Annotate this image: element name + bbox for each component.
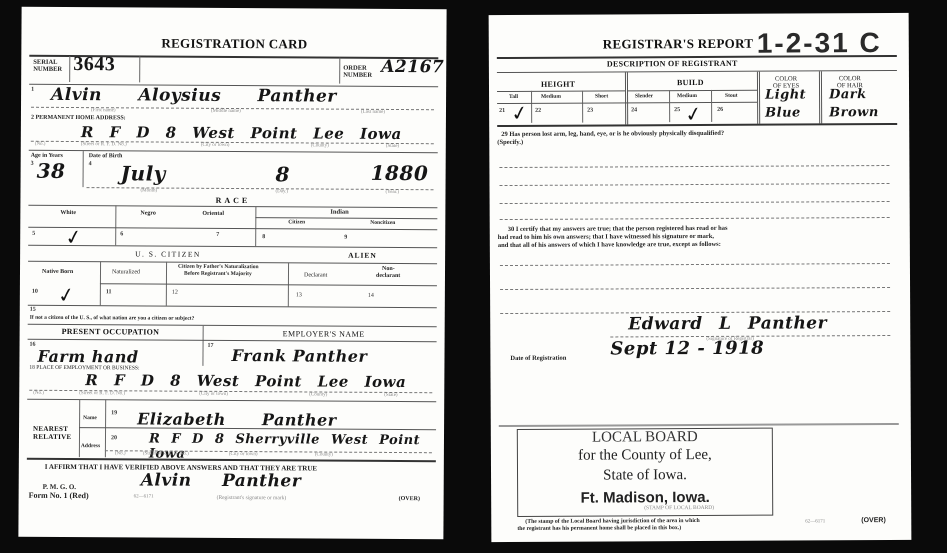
nearest-relative-heading: NEAREST RELATIVE <box>33 425 72 441</box>
sublabel: (Month) <box>140 188 157 193</box>
divider <box>28 245 437 248</box>
sublabel: (City or town) <box>229 452 258 457</box>
declarant-label: Declarant <box>304 272 327 278</box>
sublabel: (Street or R. F. D. No.) <box>81 142 127 147</box>
dob-month: July <box>121 161 166 185</box>
field-number: 11 <box>106 289 112 295</box>
stamp-text: for the County of Lee, <box>518 447 772 465</box>
field-number: 19 <box>111 410 117 416</box>
divider <box>69 56 70 82</box>
sublabel: (No.) <box>35 142 46 147</box>
sublabel: (State) <box>384 393 397 398</box>
stamp-sublabel: (STAMP OF LOCAL BOARD) <box>644 505 714 511</box>
form-code: 62—6171 <box>805 519 825 524</box>
divider <box>255 206 256 246</box>
field-number: 6 <box>120 231 123 237</box>
height-short-label: Short <box>595 93 608 99</box>
field-number: 8 <box>262 234 265 240</box>
divider <box>202 326 203 366</box>
divider <box>255 217 437 219</box>
field-number: 12 <box>172 290 178 296</box>
father-naturalization-label: Citizen by Father's Naturalization <box>178 264 259 270</box>
field-number: 26 <box>717 107 723 113</box>
question-29-specify: (Specify.) <box>497 139 523 146</box>
divider <box>87 187 434 190</box>
description-heading: DESCRIPTION OF REGISTRANT <box>607 59 738 69</box>
serial-number-label: SERIAL NUMBER <box>33 59 69 73</box>
order-number-value: A2167 <box>381 57 444 77</box>
divider <box>499 423 899 427</box>
field15-label: If not a citizen of the U. S., of what n… <box>30 315 195 322</box>
divider <box>28 305 437 308</box>
stamp-note: the registrant has his permanent home sh… <box>517 525 681 532</box>
field-number: 22 <box>535 108 541 114</box>
field-number: 24 <box>631 107 637 113</box>
sublabel: (City or town) <box>201 143 230 148</box>
employer-value: Frank Panther <box>231 346 367 366</box>
field-number: 25 <box>674 107 680 113</box>
dob-label: Date of Birth <box>89 153 123 159</box>
nondeclarant-label: Non- <box>382 266 395 272</box>
employer-heading: EMPLOYER'S NAME <box>283 329 365 339</box>
hair-color-value: Brown <box>829 105 879 120</box>
race-noncitizen-label: Noncitizen <box>370 220 395 226</box>
height-tall-label: Tall <box>509 94 518 100</box>
dob-year: 1880 <box>371 161 429 185</box>
stamp-text: Ft. Madison, Iowa. <box>518 489 772 507</box>
field-number: 20 <box>111 435 117 441</box>
order-number-label: ORDER NUMBER <box>343 65 377 79</box>
card-title: REGISTRATION CARD <box>161 36 307 53</box>
signature-sublabel: (Registrant's signature or mark) <box>217 495 287 501</box>
serial-number-value: 3643 <box>73 53 115 76</box>
relative-name-value: Elizabeth Panther <box>137 409 337 429</box>
divider <box>499 165 889 168</box>
heading-text: NEAREST <box>33 425 72 433</box>
registrant-signature: Alvin Panther <box>141 470 302 491</box>
field-number: 1 <box>31 87 34 93</box>
stamp-note: (The stamp of the Local Board having jur… <box>525 518 699 525</box>
employment-place-value: R F D 8 West Point Lee Iowa <box>85 371 406 391</box>
sublabel: (Last name) <box>361 110 385 115</box>
over-label: (OVER) <box>861 517 886 524</box>
field-number: 10 <box>32 289 38 295</box>
field-number: 13 <box>296 292 302 298</box>
field-number: 7 <box>216 232 219 238</box>
sublabel: (State) <box>386 144 399 149</box>
build-slender-label: Slender <box>635 93 653 99</box>
build-heading: BUILD <box>677 78 704 87</box>
build-stout-label: Stout <box>725 93 738 99</box>
field-number: 14 <box>368 293 374 299</box>
divider <box>669 90 670 122</box>
sublabel: (City or town) <box>199 392 228 397</box>
race-indian-label: Indian <box>330 209 348 216</box>
divider <box>28 227 437 230</box>
heading-text: RELATIVE <box>33 433 72 441</box>
nondeclarant-label: declarant <box>376 273 400 279</box>
registration-date-value: Sept 12 - 1918 <box>610 338 764 360</box>
over-label: (OVER) <box>399 496 420 502</box>
us-citizen-heading: U. S. CITIZEN <box>135 249 201 258</box>
field-number: 9 <box>344 235 347 241</box>
sublabel: (County) <box>309 392 327 397</box>
registrar-signature: Edward L Panther <box>628 313 827 334</box>
build-medium-label: Medium <box>677 93 697 99</box>
naturalized-label: Naturalized <box>112 269 140 275</box>
divider <box>115 205 116 245</box>
divider <box>627 90 757 92</box>
question-30: and that all of his answers of which I h… <box>498 241 721 249</box>
divider <box>27 399 436 402</box>
sublabel: (No.) <box>115 451 126 456</box>
divider <box>500 183 890 186</box>
field-number: 3 <box>31 161 34 167</box>
sublabel: (First name) <box>91 108 116 113</box>
dob-day: 8 <box>276 162 291 186</box>
field-number: 23 <box>587 108 593 114</box>
sublabel: (Street or R. F. D. No.) <box>143 451 189 456</box>
sublabel: (No.) <box>33 391 44 396</box>
divider <box>339 58 340 84</box>
question-29: 29 Has person lost arm, leg, hand, eye, … <box>501 130 724 138</box>
divider <box>497 70 897 73</box>
divider <box>757 72 760 124</box>
race-white-label: White <box>60 210 76 216</box>
stamp-text: State of Iowa. <box>518 467 772 485</box>
home-address-label: 2 PERMANENT HOME ADDRESS: <box>31 115 126 122</box>
divider <box>625 72 628 124</box>
local-board-stamp: LOCAL BOARD for the County of Lee, State… <box>517 428 773 517</box>
home-address-value: R F D 8 West Point Lee Iowa <box>81 123 402 143</box>
age-value: 38 <box>37 159 66 183</box>
divider <box>582 91 583 123</box>
divider <box>100 283 437 286</box>
field-number: 15 <box>30 307 36 313</box>
field-number: 5 <box>32 231 35 237</box>
father-naturalization-label: Before Registrant's Majority <box>184 271 252 277</box>
divider <box>497 90 625 92</box>
eye-color-value: Blue <box>765 105 801 120</box>
race-negro-label: Negro <box>140 210 156 216</box>
divider <box>711 90 712 122</box>
field-number: 4 <box>89 161 92 167</box>
relative-name-label: Name <box>83 415 97 421</box>
field-number: 17 <box>208 343 214 349</box>
alien-heading: ALIEN <box>348 251 377 260</box>
stamp-text: LOCAL BOARD <box>518 429 772 447</box>
sublabel: (County) <box>315 453 333 458</box>
divider <box>83 151 84 187</box>
divider <box>531 91 532 123</box>
native-born-label: Native Born <box>42 269 73 275</box>
divider <box>139 56 140 82</box>
registrars-report-back: REGISTRAR'S REPORT 1-2-31 C DESCRIPTION … <box>489 13 912 542</box>
eye-color-value: Light <box>765 87 806 102</box>
height-medium-label: Medium <box>541 94 561 100</box>
divider <box>500 263 890 266</box>
registration-date-label: Date of Registration <box>510 355 566 362</box>
sublabel: (Street or R. F. D. No.) <box>79 391 125 396</box>
form-number: Form No. 1 (Red) <box>29 491 89 500</box>
field-number: 21 <box>499 108 505 114</box>
form-issuer: P. M. G. O. <box>43 483 76 491</box>
form-code: 62—6171 <box>134 494 154 499</box>
divider <box>819 71 822 123</box>
divider <box>500 217 890 220</box>
occupation-value: Farm hand <box>37 347 138 367</box>
relative-address-label: Address <box>81 443 100 449</box>
field-number: 16 <box>30 342 36 348</box>
registration-card-front: REGISTRATION CARD SERIAL NUMBER 3643 ORD… <box>18 7 446 540</box>
divider <box>500 201 890 204</box>
divider <box>497 123 897 127</box>
race-oriental-label: Oriental <box>202 211 224 217</box>
sublabel: (Day.) <box>275 189 288 194</box>
divider <box>500 287 890 290</box>
height-heading: HEIGHT <box>541 80 575 89</box>
sublabel: (County) <box>311 143 329 148</box>
registrant-name: Alvin Aloysius Panther <box>51 85 337 107</box>
occupation-heading: PRESENT OCCUPATION <box>62 327 160 337</box>
sublabel: (Year.) <box>385 190 399 195</box>
race-citizen-label: Citizen <box>288 219 305 225</box>
sublabel: (Middle name) <box>211 109 241 114</box>
question-30: had read to him his own answers; that I … <box>498 233 714 241</box>
divider <box>28 339 437 342</box>
report-title: REGISTRAR'S REPORT <box>603 36 754 53</box>
hair-color-value: Dark <box>829 87 867 102</box>
question-30: 30 I certify that my answers are true; t… <box>508 225 728 233</box>
